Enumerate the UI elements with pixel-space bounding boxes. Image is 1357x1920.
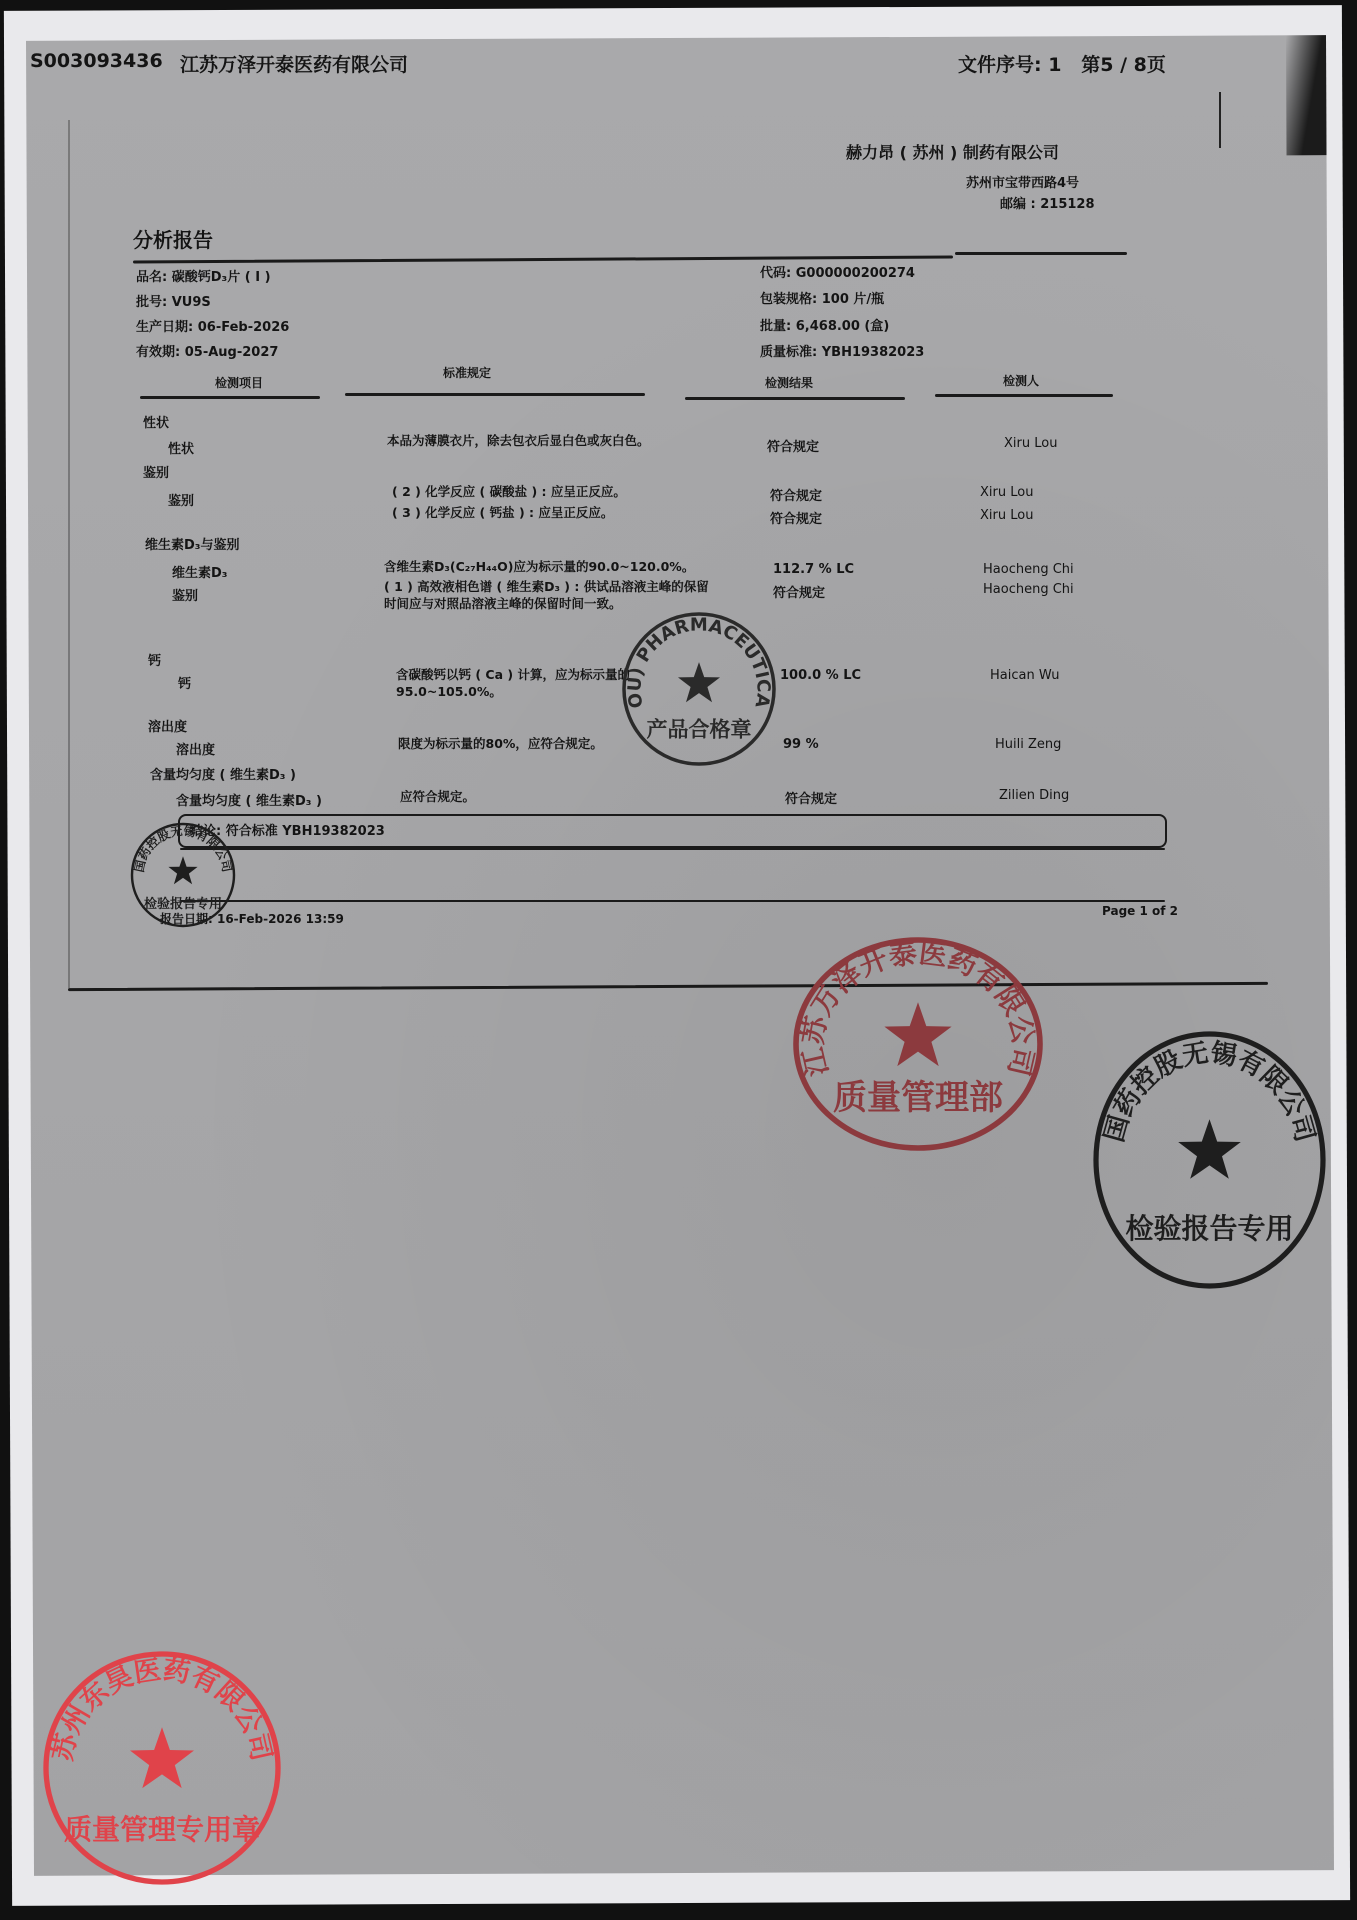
svg-text:HALEON (SUZHOU) PHARMACEUTICAL: HALEON (SUZHOU) PHARMACEUTICAL CO.,LTD (… xyxy=(620,610,774,710)
group-identification: 鉴别 xyxy=(143,462,169,481)
tester-identification-calcium: Xiru Lou xyxy=(980,508,1033,523)
tester-identification-carbonate: Xiru Lou xyxy=(980,485,1033,500)
sinopharm-wuxi-small-seal-icon: 国药控股无锡有限公司检验报告专用 xyxy=(128,820,238,930)
svg-text:质量管理专用章: 质量管理专用章 xyxy=(64,1813,260,1846)
col-header-tester: 检测人 xyxy=(1003,372,1039,389)
col-rule-result xyxy=(685,397,905,400)
item-content-uniformity: 含量均匀度 ( 维生素D₃ ) xyxy=(176,790,322,809)
footer-rule xyxy=(180,900,1165,902)
page-count: 第5 / 8页 xyxy=(1081,54,1166,76)
item-calcium: 钙 xyxy=(178,673,191,692)
item-vitamin-d3-identification: 鉴别 xyxy=(172,585,198,604)
svg-text:检验报告专用: 检验报告专用 xyxy=(1125,1212,1293,1245)
page-fold-shadow xyxy=(1286,35,1327,155)
document-id: S003093436 xyxy=(30,50,163,72)
page-left-edge xyxy=(68,120,70,988)
meta-batch: 批号: VU9S xyxy=(136,291,211,310)
meta-expiry: 有效期: 05-Aug-2027 xyxy=(136,341,278,360)
issuer-address: 苏州市宝带西路4号 xyxy=(966,172,1079,191)
sinopharm-wuxi-report-seal-icon: 国药控股无锡有限公司检验报告专用 xyxy=(1092,1030,1327,1290)
tester-content-uniformity: Zilien Ding xyxy=(999,788,1069,803)
group-appearance: 性状 xyxy=(143,412,169,431)
meta-pack-size: 包装规格: 100 片/瓶 xyxy=(760,288,884,307)
std-content-uniformity: 应符合规定。 xyxy=(400,788,600,805)
item-dissolution: 溶出度 xyxy=(176,739,215,758)
col-header-standard: 标准规定 xyxy=(443,364,491,381)
std-identification-carbonate: ( 2 ) 化学反应 ( 碳酸盐 ) : 应呈正反应。 xyxy=(392,483,792,500)
result-identification-calcium: 符合规定 xyxy=(770,508,822,527)
svg-text:产品合格章: 产品合格章 xyxy=(647,717,752,741)
suzhou-donghao-qa-seal-icon: 苏州东昊医药有限公司质量管理专用章 xyxy=(42,1650,282,1886)
item-vitamin-d3-assay: 维生素D₃ xyxy=(172,562,228,581)
header-company: 江苏万泽开泰医药有限公司 xyxy=(180,50,408,77)
item-identification: 鉴别 xyxy=(168,490,194,509)
conclusion-rule xyxy=(180,848,1165,850)
item-appearance: 性状 xyxy=(168,438,194,457)
meta-standard: 质量标准: YBH19382023 xyxy=(760,341,924,360)
col-rule-item xyxy=(140,396,320,399)
tester-appearance: Xiru Lou xyxy=(1004,436,1057,451)
page-marker: 文件序号: 1 第5 / 8页 xyxy=(958,50,1166,77)
result-identification-carbonate: 符合规定 xyxy=(770,485,822,504)
col-header-result: 检测结果 xyxy=(765,374,813,391)
std-appearance: 本品为薄膜衣片，除去包衣后显白色或灰白色。 xyxy=(387,432,787,449)
meta-batch-size: 批量: 6,468.00 (盒) xyxy=(760,315,889,334)
meta-product: 品名: 碳酸钙D₃片 ( I ) xyxy=(136,266,271,285)
group-dissolution: 溶出度 xyxy=(148,716,187,735)
tester-vitamin-d3-assay: Haocheng Chi xyxy=(983,562,1074,577)
issuer-postcode: 邮编 : 215128 xyxy=(1000,193,1095,212)
wanze-kaitai-qa-seal-icon: 江苏万泽开泰医药有限公司质量管理部 xyxy=(792,936,1044,1152)
group-calcium: 钙 xyxy=(148,650,161,669)
result-vitamin-d3-identification: 符合规定 xyxy=(773,582,825,601)
margin-mark xyxy=(1219,92,1221,148)
meta-mfg-date: 生产日期: 06-Feb-2026 xyxy=(136,316,289,335)
tester-dissolution: Huili Zeng xyxy=(995,737,1061,752)
col-rule-standard xyxy=(345,393,645,396)
std-vitamin-d3-identification: ( 1 ) 高效液相色谱 ( 维生素D₃ ) : 供试品溶液主峰的保留时间应与对… xyxy=(384,578,714,612)
svg-text:质量管理部: 质量管理部 xyxy=(833,1078,1003,1118)
tester-vitamin-d3-identification: Haocheng Chi xyxy=(983,582,1074,597)
result-vitamin-d3-assay: 112.7 % LC xyxy=(773,562,854,577)
col-header-item: 检测项目 xyxy=(215,374,263,391)
result-calcium: 100.0 % LC xyxy=(780,668,861,683)
title-rule-right xyxy=(955,252,1127,255)
scanned-document xyxy=(26,35,1334,1876)
svg-text:检验报告专用: 检验报告专用 xyxy=(144,896,222,912)
result-appearance: 符合规定 xyxy=(767,436,819,455)
meta-code: 代码: G000000200274 xyxy=(760,262,915,281)
issuer-name: 赫力昂 ( 苏州 ) 制药有限公司 xyxy=(846,140,1059,163)
product-qualified-seal-icon: HALEON (SUZHOU) PHARMACEUTICAL CO.,LTD (… xyxy=(620,610,778,768)
result-content-uniformity: 符合规定 xyxy=(785,788,837,807)
result-dissolution: 99 % xyxy=(783,737,819,752)
tester-calcium: Haican Wu xyxy=(990,668,1059,683)
group-vitamin-d3: 维生素D₃与鉴别 xyxy=(145,534,240,553)
file-sequence: 文件序号: 1 xyxy=(958,54,1061,76)
std-identification-calcium: ( 3 ) 化学反应 ( 钙盐 ) : 应呈正反应。 xyxy=(392,504,792,521)
page-indicator: Page 1 of 2 xyxy=(1102,904,1178,918)
report-title: 分析报告 xyxy=(133,224,213,253)
group-content-uniformity: 含量均匀度 ( 维生素D₃ ) xyxy=(150,764,296,783)
std-vitamin-d3-assay: 含维生素D₃(C₂₇H₄₄O)应为标示量的90.0~120.0%。 xyxy=(384,558,784,575)
col-rule-tester xyxy=(935,394,1113,397)
